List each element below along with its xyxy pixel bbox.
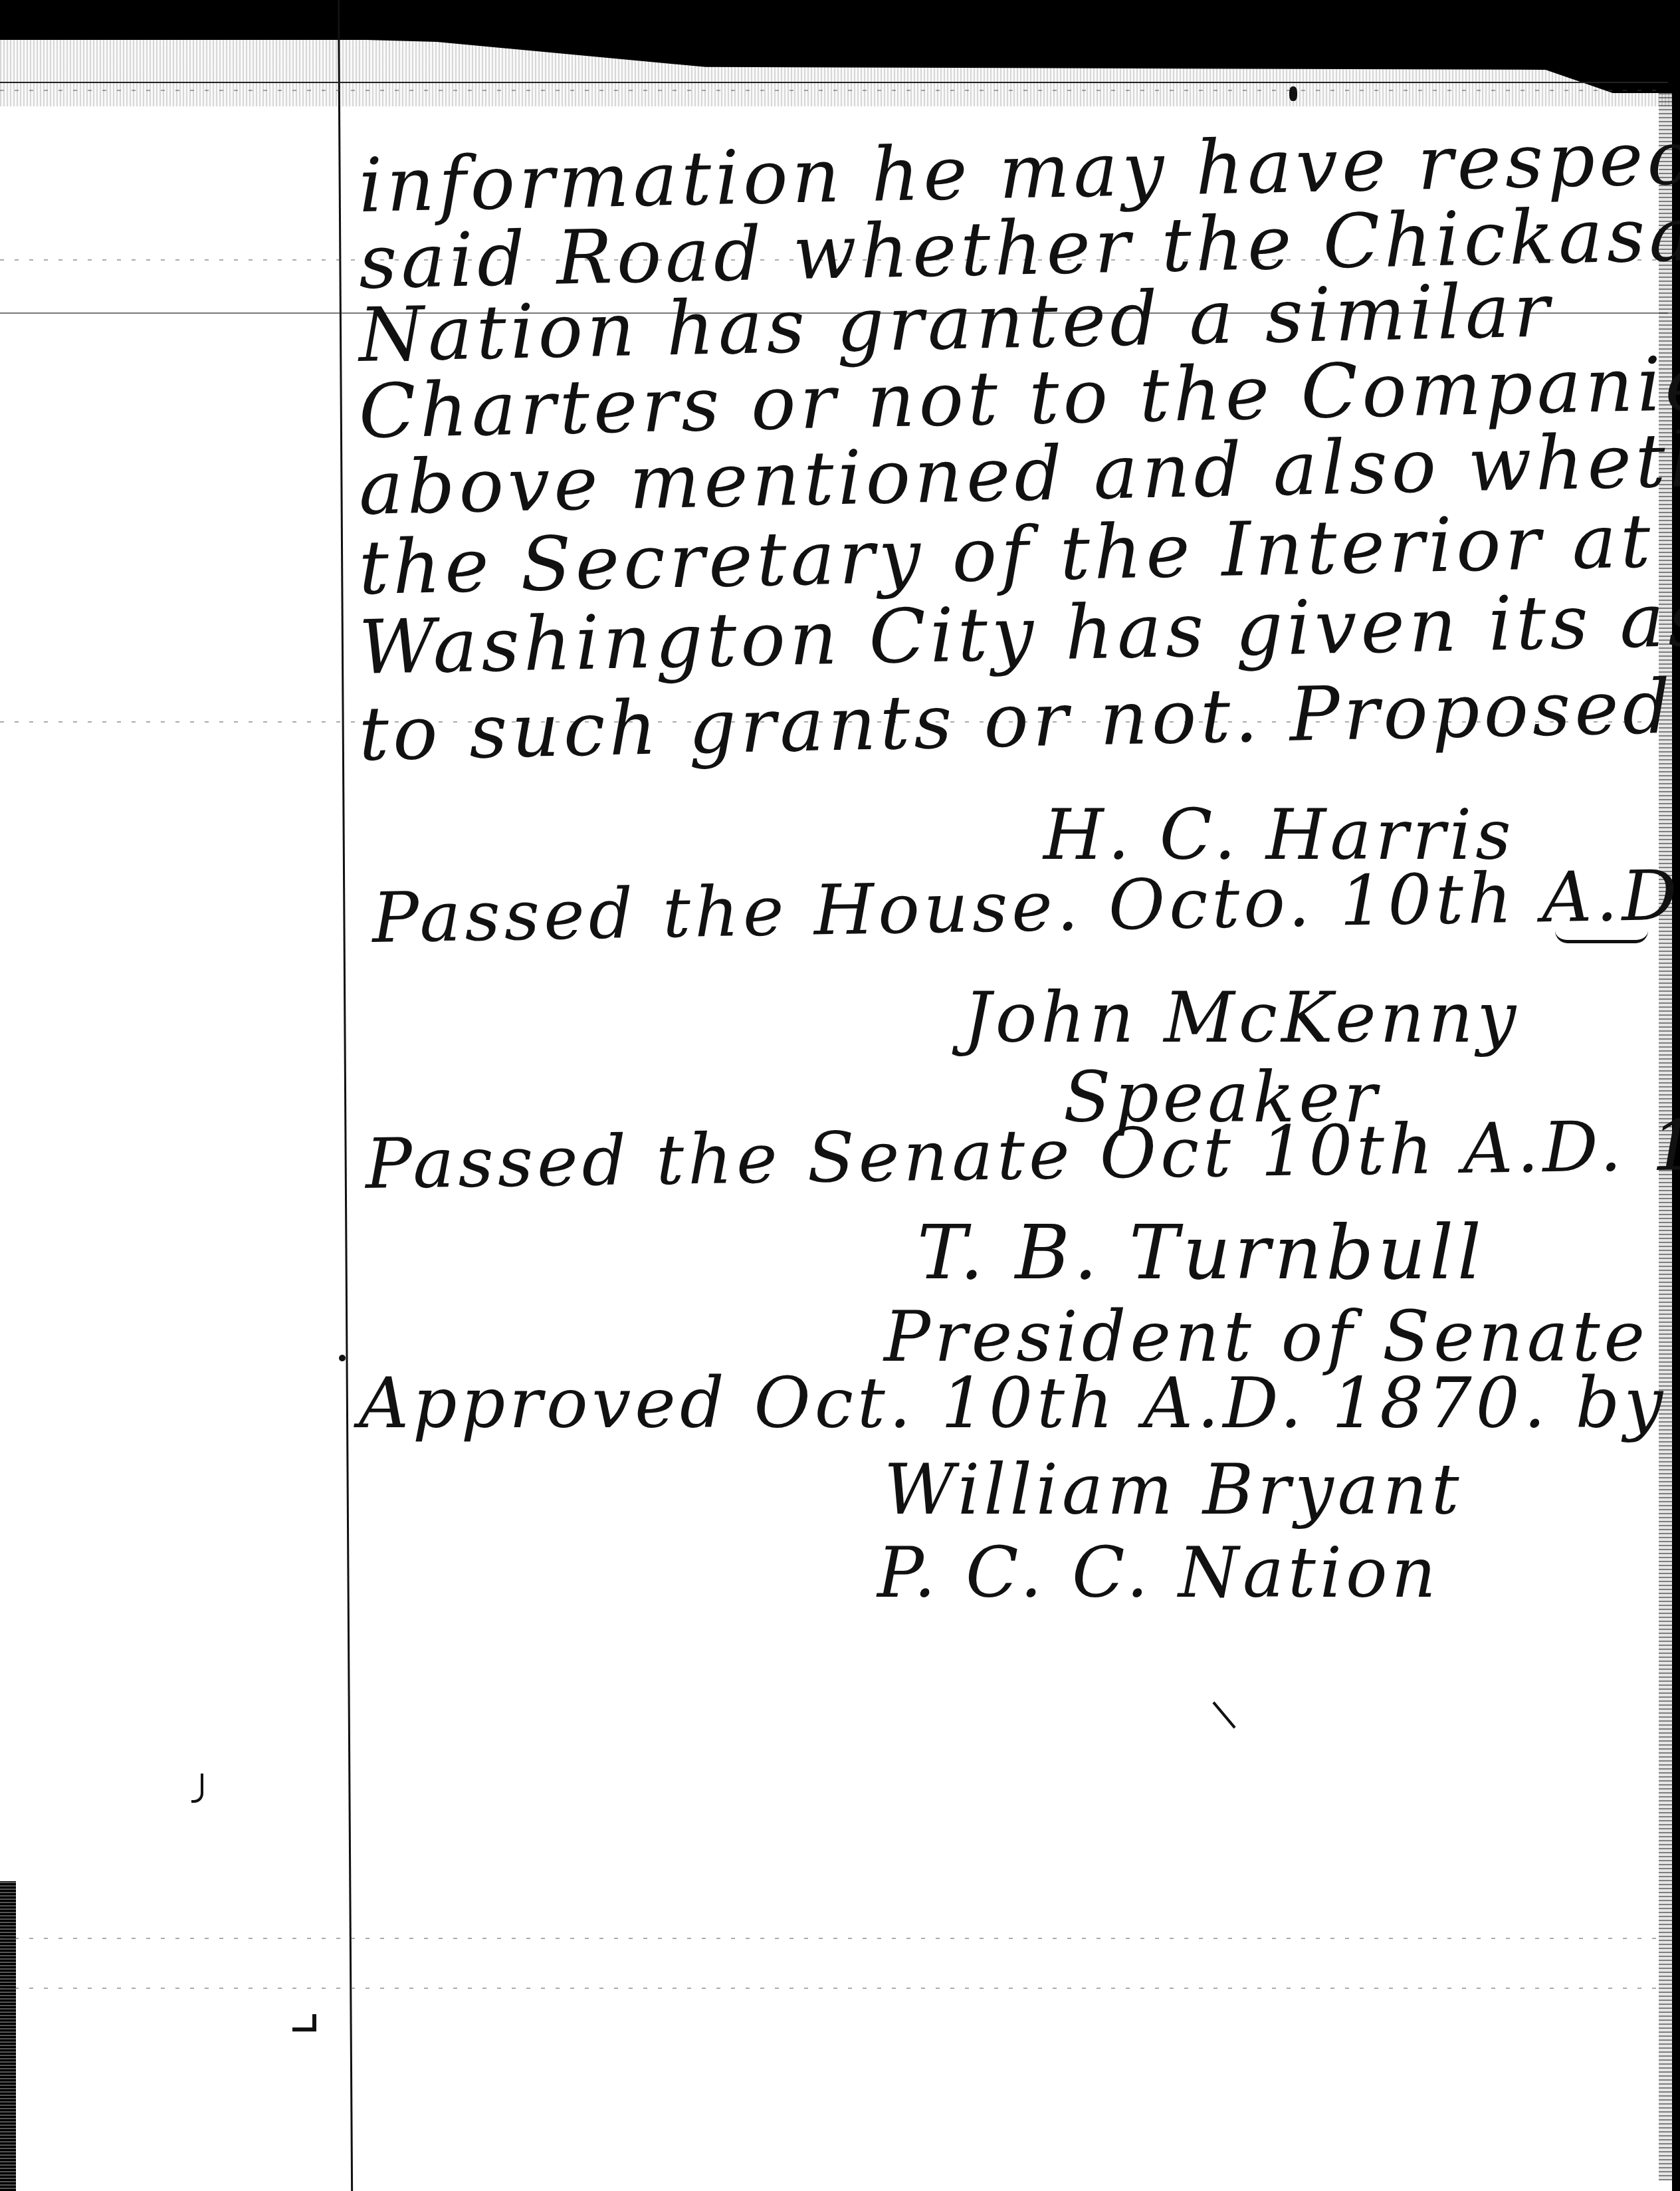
ruled-line-top <box>0 82 1668 83</box>
house-passage-line: Passed the House. Octo. 10th A.D. 1870 <box>371 850 1680 959</box>
ink-blot <box>1289 86 1297 101</box>
margin-dot <box>339 1355 346 1361</box>
corner-mark <box>292 2014 316 2031</box>
speaker-signature: John McKenny <box>964 977 1520 1058</box>
ruled-dotted-line <box>0 1938 1661 1939</box>
governor-title: P. C. C. Nation <box>877 1532 1440 1613</box>
bracket-mark <box>191 1774 203 1803</box>
scan-left-edge <box>0 1881 16 2191</box>
year-underline <box>1555 931 1648 943</box>
scan-right-edge <box>1672 0 1680 2191</box>
senate-passage-line: Passed the Senate Oct 10th A.D. 1870. <box>365 1102 1680 1205</box>
margin-rule-line <box>338 0 353 2191</box>
stray-pen-mark <box>1212 1702 1235 1729</box>
senate-president-signature: T. B. Turnbull <box>917 1210 1485 1296</box>
ruled-dotted-line <box>0 90 1661 91</box>
approval-line: Approved Oct. 10th A.D. 1870. by <box>359 1363 1667 1444</box>
ruled-dotted-line <box>0 1988 1661 1989</box>
governor-signature: William Bryant <box>884 1449 1463 1530</box>
